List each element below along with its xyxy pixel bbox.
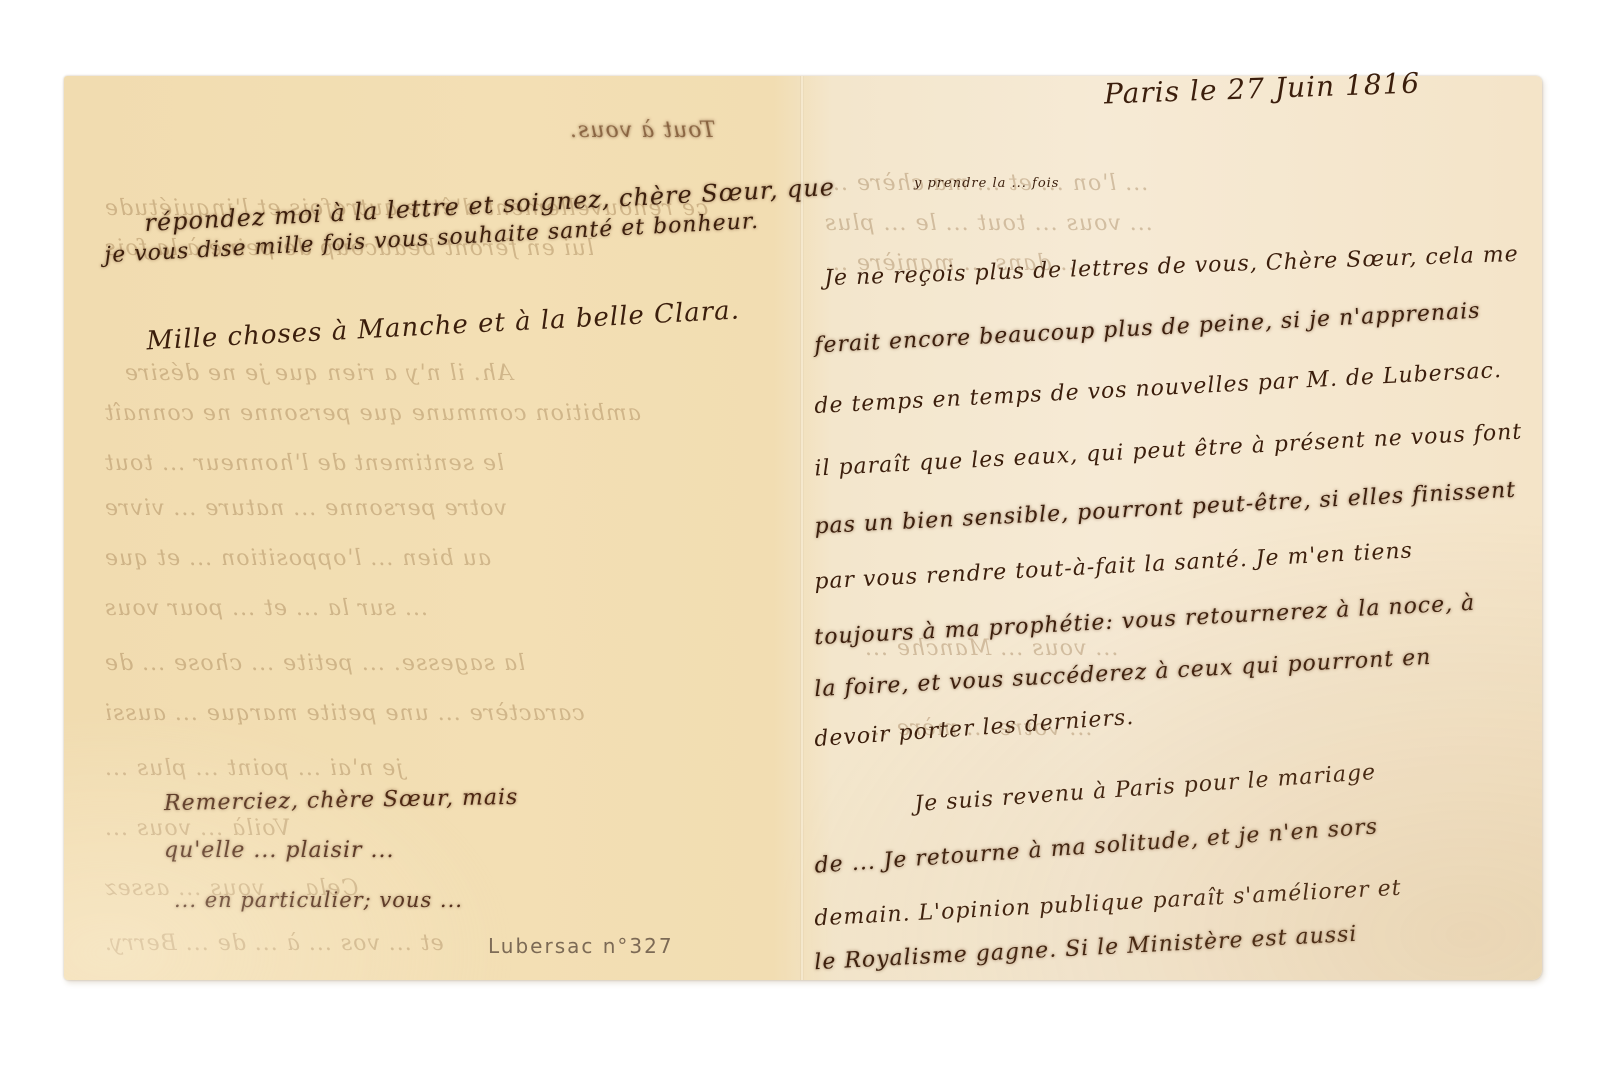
- dateline: Paris le 27 Juin 1816: [1104, 66, 1421, 110]
- letter-line: devoir porter les derniers.: [814, 705, 1135, 752]
- show-through-text: ambition commune que personne ne connaît: [104, 401, 641, 426]
- show-through-text: votre personne ... nature ... vivre: [104, 496, 507, 521]
- show-through-text: caractère ... une petite marque ... auss…: [104, 701, 585, 726]
- letter-line: Mille choses à Manche et à la belle Clar…: [146, 295, 741, 356]
- letter-line: de temps en temps de vos nouvelles par M…: [814, 358, 1503, 419]
- show-through-text: et ... vos ... à ... de ... Berry.: [104, 931, 444, 956]
- right-page: ... l'on ... et ... ma chère ... ... vou…: [804, 76, 1542, 980]
- letter-line: toujours à ma prophétie: vous retournere…: [814, 591, 1476, 651]
- letter-line: par vous rendre tout-à-fait la santé. Je…: [814, 538, 1414, 594]
- show-through-text: ... sur la ... et ... pour vous: [104, 596, 428, 621]
- archive-pencil-note: Lubersac n°327: [488, 934, 674, 958]
- show-through-text: la sagesse. ... petite ... chose ... de: [104, 651, 525, 676]
- letter-line: Remerciez, chère Sœur, mais: [164, 785, 519, 816]
- manuscript-sheet: ce renouvellement d'être autrefois et l'…: [64, 76, 1542, 980]
- show-through-text: Ah. il n'y a rien que je ne désire: [124, 361, 513, 386]
- left-page: ce renouvellement d'être autrefois et l'…: [64, 76, 800, 980]
- letter-line: Je suis revenu à Paris pour le mariage: [914, 760, 1377, 817]
- letter-line: pas un bien sensible, pourront peut-être…: [814, 478, 1517, 540]
- letter-line: Je ne reçois plus de lettres de vous, Ch…: [824, 242, 1519, 291]
- show-through-text: le sentiment de l'honneur ... tout: [104, 451, 504, 476]
- letter-line: qu'elle ... plaisir ...: [164, 838, 394, 863]
- show-through-text: je n'ai ... point ... plus ...: [104, 756, 403, 781]
- show-through-text: ... vous ... tout ... le ... plus: [824, 211, 1153, 236]
- letter-line: ferait encore beaucoup plus de peine, si…: [814, 299, 1481, 359]
- insertion-note: y prendre la ... fois: [914, 176, 1059, 191]
- show-through-text: au bien ... l'opposition ... et que: [104, 546, 491, 571]
- letter-line: de ... Je retourne à ma solitude, et je …: [814, 814, 1379, 878]
- show-through-text: Tout à vous.: [569, 118, 715, 143]
- letter-line: il paraît que les eaux, qui peut être à …: [814, 419, 1523, 481]
- letter-line: ... en particulier; vous ...: [174, 888, 463, 912]
